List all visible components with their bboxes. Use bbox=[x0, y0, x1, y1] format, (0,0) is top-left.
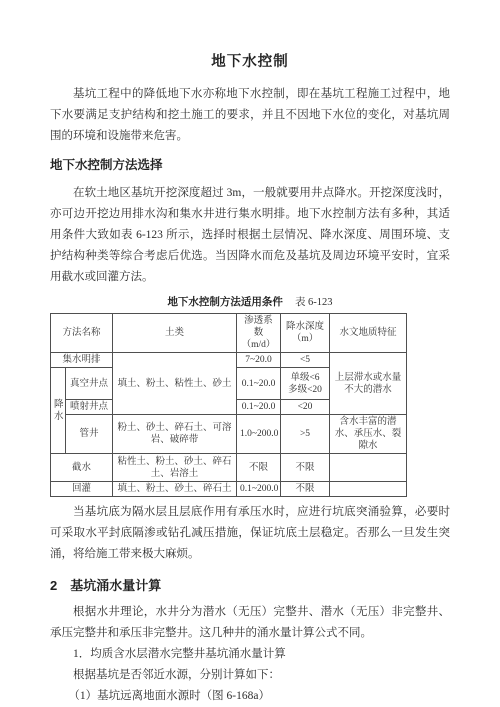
cell-soil-tube-well: 粉土、砂土、碎石土、可溶岩、破碎带 bbox=[113, 415, 237, 454]
cell-depth-vacuum: 单级<6 多级<20 bbox=[281, 368, 330, 400]
cell-method-jet: 喷射井点 bbox=[66, 400, 113, 415]
after-table-paragraph: 当基坑底为隔水层且层底作用有承压水时，应进行坑底突涌验算，必要时可采取水平封底隔… bbox=[50, 502, 450, 565]
header-soil: 土类 bbox=[113, 314, 237, 353]
row-cutoff: 截水 粘性土、粉土、砂土、碎石土、岩溶土 不限 不限 bbox=[51, 454, 407, 482]
cell-method-open-drainage: 集水明排 bbox=[51, 353, 113, 368]
section1-paragraph: 在软土地区基坑开挖深度超过 3m，一般就要用井点降水。开挖深度浅时，亦可边开挖边… bbox=[50, 183, 450, 288]
cell-hydro-recharge bbox=[330, 482, 407, 497]
cell-perm-jet: 0.1~20.0 bbox=[237, 400, 281, 415]
cell-soil-recharge: 填土、粉土、砂土、碎石土 bbox=[113, 482, 237, 497]
cell-soil-dewater-group: 填土、粉土、粘性土、砂土 bbox=[113, 353, 237, 415]
cell-method-tube-well: 管井 bbox=[66, 415, 113, 454]
cell-method-vacuum: 真空井点 bbox=[66, 368, 113, 400]
document-page: 地下水控制 基坑工程中的降低地下水亦称地下水控制，即在基坑工程施工过程中，地下水… bbox=[0, 0, 500, 707]
header-depth: 降水深度 （m） bbox=[281, 314, 330, 353]
cell-perm-tube-well: 1.0~200.0 bbox=[237, 415, 281, 454]
table-caption-title: 地下水控制方法适用条件 bbox=[167, 296, 283, 308]
row-recharge: 回灌 填土、粉土、砂土、碎石土 0.1~200.0 不限 bbox=[51, 482, 407, 497]
cell-perm-cutoff: 不限 bbox=[237, 454, 281, 482]
cell-hydro-dewater-group: 上层滞水或水量不大的潜水 bbox=[330, 353, 407, 415]
cell-perm-vacuum: 0.1~20.0 bbox=[237, 368, 281, 400]
cell-perm-open-drainage: 7~20.0 bbox=[237, 353, 281, 368]
section2-item3: （1）基坑远离地面水源时（图 6-168a） bbox=[50, 686, 450, 707]
section2-heading: 2 基坑涌水量计算 bbox=[50, 575, 450, 594]
cell-depth-tube-well: >5 bbox=[281, 415, 330, 454]
header-method: 方法名称 bbox=[51, 314, 113, 353]
section2-paragraph: 根据水井理论，水井分为潜水（无压）完整井、潜水（无压）非完整井、承压完整井和承压… bbox=[50, 602, 450, 644]
row-open-drainage: 集水明排 填土、粉土、粘性土、砂土 7~20.0 <5 上层滞水或水量不大的潜水 bbox=[51, 353, 407, 368]
section2-item2: 根据基坑是否邻近水源，分别计算如下： bbox=[50, 665, 450, 686]
cell-hydro-tube-well: 含水丰富的潜水、承压水、裂隙水 bbox=[330, 415, 407, 454]
cell-soil-cutoff: 粘性土、粉土、砂土、碎石土、岩溶土 bbox=[113, 454, 237, 482]
cell-depth-jet: <20 bbox=[281, 400, 330, 415]
cell-method-recharge: 回灌 bbox=[51, 482, 113, 497]
cell-depth-cutoff: 不限 bbox=[281, 454, 330, 482]
table-header-row: 方法名称 土类 渗透系数 （m/d） 降水深度 （m） 水文地质特征 bbox=[51, 314, 407, 353]
cell-depth-recharge: 不限 bbox=[281, 482, 330, 497]
cell-depth-open-drainage: <5 bbox=[281, 353, 330, 368]
table-caption: 地下水控制方法适用条件表 6-123 bbox=[50, 292, 450, 310]
cell-perm-recharge: 0.1~200.0 bbox=[237, 482, 281, 497]
header-hydrogeology: 水文地质特征 bbox=[330, 314, 407, 353]
table-caption-number: 表 6-123 bbox=[295, 297, 333, 308]
header-permeability: 渗透系数 （m/d） bbox=[237, 314, 281, 353]
section1-heading: 地下水控制方法选择 bbox=[50, 155, 450, 173]
page-title: 地下水控制 bbox=[50, 50, 450, 71]
cell-hydro-cutoff bbox=[330, 454, 407, 482]
groundwater-methods-table: 方法名称 土类 渗透系数 （m/d） 降水深度 （m） 水文地质特征 集水明排 … bbox=[50, 313, 407, 497]
section2-item1: 1．均质含水层潜水完整井基坑涌水量计算 bbox=[50, 644, 450, 665]
cell-method-cutoff: 截水 bbox=[51, 454, 113, 482]
intro-paragraph: 基坑工程中的降低地下水亦称地下水控制，即在基坑工程施工过程中，地下水要满足支护结… bbox=[50, 84, 450, 147]
cell-group-dewatering: 降水 bbox=[51, 368, 66, 454]
row-tube-well: 管井 粉土、砂土、碎石土、可溶岩、破碎带 1.0~200.0 >5 含水丰富的潜… bbox=[51, 415, 407, 454]
